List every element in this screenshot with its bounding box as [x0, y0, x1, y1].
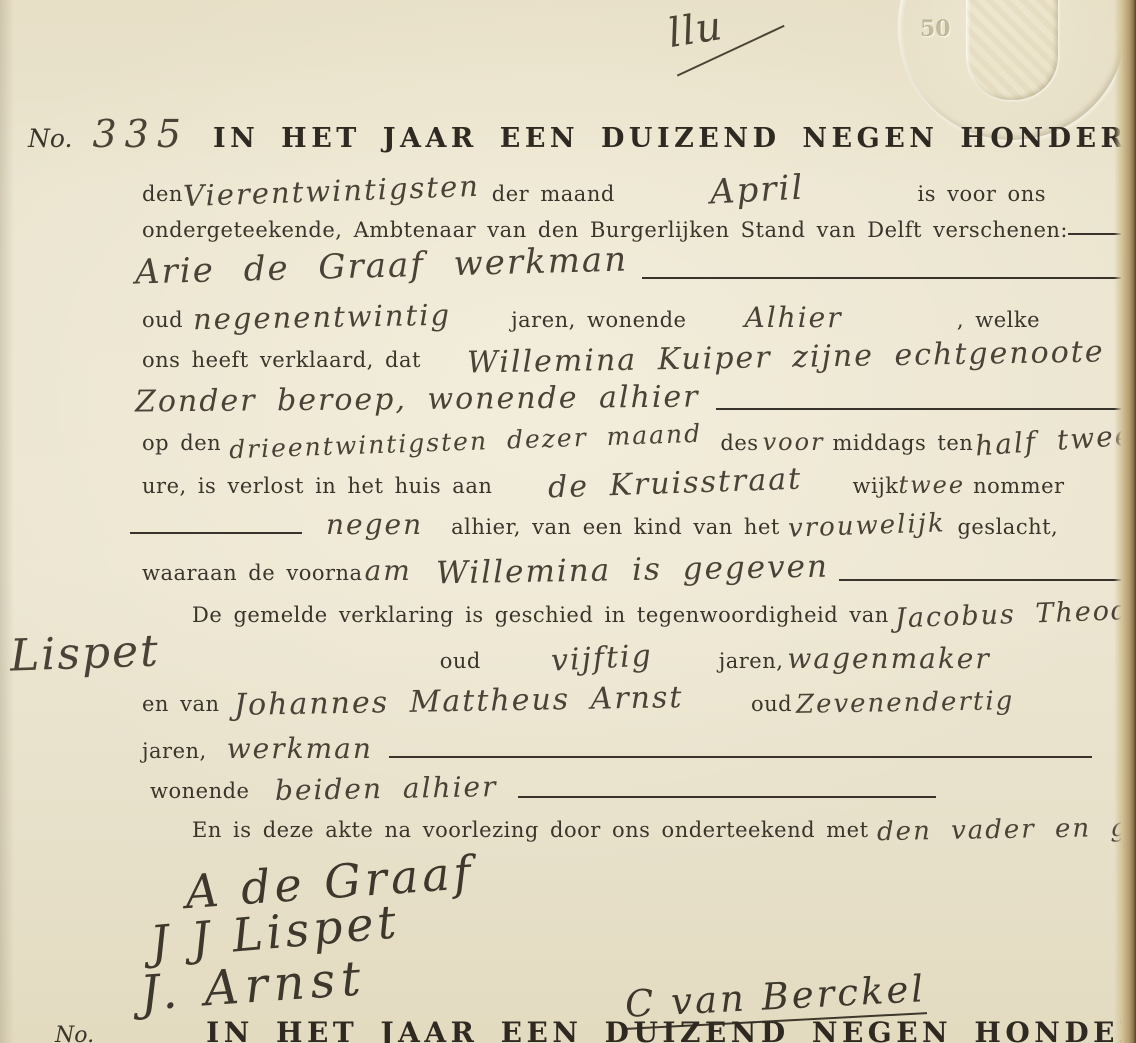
- next-record-heading-line: No. IN HET JAAR EEN DUIZEND NEGEN HONDER…: [55, 1016, 1136, 1043]
- printed-nommer: nommer: [973, 474, 1064, 498]
- handwritten-gender: vrouwelijk: [787, 508, 946, 543]
- mother-status-line: Zonder beroep, wonende alhier: [135, 382, 1128, 417]
- printed-welke: , welke: [957, 308, 1040, 332]
- printed-der-maand: der maand: [492, 182, 615, 206]
- handwritten-mother-name: Willemina Kuiper zijne echtgenoote: [467, 334, 1105, 380]
- birth-datetime-line: op den drieentwintigsten dezer maand des…: [142, 424, 1134, 457]
- next-record-number-label: No.: [55, 1023, 94, 1043]
- house-number-line: negen alhier, van een kind van het vrouw…: [130, 508, 1058, 541]
- declarant-age-line: oud negenentwintig jaren, wonende Alhier…: [142, 300, 1040, 334]
- printed-official-intro: ondergeteekende, Ambtenaar van den Burge…: [142, 218, 1068, 242]
- official-intro-line: ondergeteekende, Ambtenaar van den Burge…: [142, 218, 1128, 242]
- handwritten-birth-day: drieentwintigsten dezer maand: [229, 419, 703, 464]
- printed-geslacht: geslacht,: [957, 515, 1058, 539]
- printed-en-van: en van: [142, 692, 220, 716]
- fill-rule: [518, 796, 936, 798]
- printed-verklaard: ons heeft verklaard, dat: [142, 348, 421, 372]
- printed-ure-verlost: ure, is verlost in het huis aan: [142, 474, 492, 498]
- next-record-year-heading: IN HET JAAR EEN DUIZEND NEGEN HONDERD TW…: [206, 1016, 1136, 1043]
- handwritten-witness1-age: vijftig: [550, 638, 654, 678]
- record-number-label: No.: [28, 124, 72, 153]
- fill-rule: [389, 756, 1092, 758]
- fill-rule: [642, 277, 1128, 279]
- handwritten-declarant: Arie de Graaf werkman: [135, 240, 629, 293]
- witness1-line: Lispet oud vijftig jaren, wagenmaker: [10, 628, 991, 679]
- handwritten-witness2-name: Johannes Mattheus Arnst: [233, 680, 683, 723]
- printed-closing: En is deze akte na voorlezing door ons o…: [192, 818, 869, 842]
- handwritten-day: Vierentwintigsten: [182, 169, 480, 213]
- clerk-initials-text: llu: [665, 3, 726, 57]
- birth-location-line: ure, is verlost in het huis aan de Kruis…: [142, 466, 1065, 501]
- handwritten-residence: Alhier: [744, 301, 842, 334]
- printed-op-den: op den: [142, 431, 221, 455]
- printed-oud: oud: [142, 308, 183, 332]
- birth-certificate-scan: 50 llu No. 335 IN HET JAAR EEN DUIZEND N…: [0, 0, 1136, 1043]
- printed-voorna: waaraan de voorna: [142, 561, 363, 585]
- handwritten-witness2-age: Zevenendertig: [796, 686, 1015, 720]
- handwritten-voor: voor: [763, 428, 825, 456]
- handwritten-birth-time: half twee: [974, 419, 1134, 463]
- seal-value-text: 50: [920, 16, 951, 42]
- witness-intro-line: De gemelde verklaring is geschied in teg…: [192, 598, 1136, 629]
- fill-rule: [716, 408, 1128, 410]
- printed-den: den: [142, 182, 183, 206]
- fill-rule: [839, 579, 1128, 581]
- fill-rule: [130, 532, 302, 534]
- declarant-line: Arie de Graaf werkman: [135, 246, 1128, 286]
- handwritten-mother-status: Zonder beroep, wonende alhier: [135, 380, 700, 420]
- printed-oud: oud: [751, 692, 792, 716]
- witness-residence-line: wonende beiden alhier: [150, 772, 936, 805]
- date-line: den Vierentwintigsten der maand April is…: [142, 170, 1046, 210]
- handwritten-witness1-occupation: wagenmaker: [787, 642, 990, 675]
- handwritten-house-number: negen: [326, 508, 423, 541]
- record-number-value: 335: [92, 112, 189, 156]
- page-left-edge-shadow: [0, 0, 14, 1043]
- printed-jaren: jaren,: [142, 739, 207, 763]
- handwritten-witness2-occupation: werkman: [227, 732, 373, 765]
- handwritten-street: de Kruisstraat: [548, 462, 803, 506]
- page-right-edge: [1114, 0, 1136, 1043]
- record-heading-line: No. 335 IN HET JAAR EEN DUIZEND NEGEN HO…: [28, 112, 1136, 156]
- clerk-initials-mark: llu: [665, 0, 789, 61]
- declaration-line: ons heeft verklaard, dat Willemina Kuipe…: [142, 340, 1105, 375]
- handwritten-month: April: [709, 168, 805, 213]
- handwritten-residence-both: beiden alhier: [275, 770, 498, 807]
- handwritten-closing: den vader en getuigen: [876, 811, 1136, 847]
- witness2-occupation-line: jaren, werkman: [142, 732, 1092, 765]
- witness2-line: en van Johannes Mattheus Arnst oud Zeven…: [142, 684, 1014, 719]
- handwritten-am: am: [365, 554, 412, 587]
- printed-witness-intro: De gemelde verklaring is geschied in teg…: [192, 603, 889, 627]
- printed-wijk: wijk: [853, 474, 899, 498]
- printed-jaren-wonende: jaren, wonende: [511, 308, 686, 332]
- printed-is-voor-ons: is voor ons: [918, 182, 1046, 206]
- printed-middags-ten: middags ten: [833, 431, 974, 455]
- handwritten-wijk-value: twee: [898, 471, 965, 499]
- printed-child-intro: alhier, van een kind van het: [451, 515, 780, 539]
- child-name-line: waaraan de voorna am Willemina is gegeve…: [142, 552, 1128, 588]
- handwritten-witness1-last: Lispet: [9, 625, 160, 681]
- handwritten-age: negenentwintig: [193, 298, 452, 336]
- printed-jaren: jaren,: [719, 649, 784, 673]
- printed-oud: oud: [440, 649, 481, 673]
- closing-line: En is deze akte na voorlezing door ons o…: [192, 814, 1136, 844]
- handwritten-child-name: Willemina is gegeven: [436, 549, 829, 592]
- seal-coat-of-arms: [966, 0, 1058, 100]
- printed-des: des: [720, 431, 758, 455]
- printed-wonende: wonende: [150, 779, 249, 803]
- year-heading: IN HET JAAR EEN DUIZEND NEGEN HONDERD TW…: [213, 123, 1136, 154]
